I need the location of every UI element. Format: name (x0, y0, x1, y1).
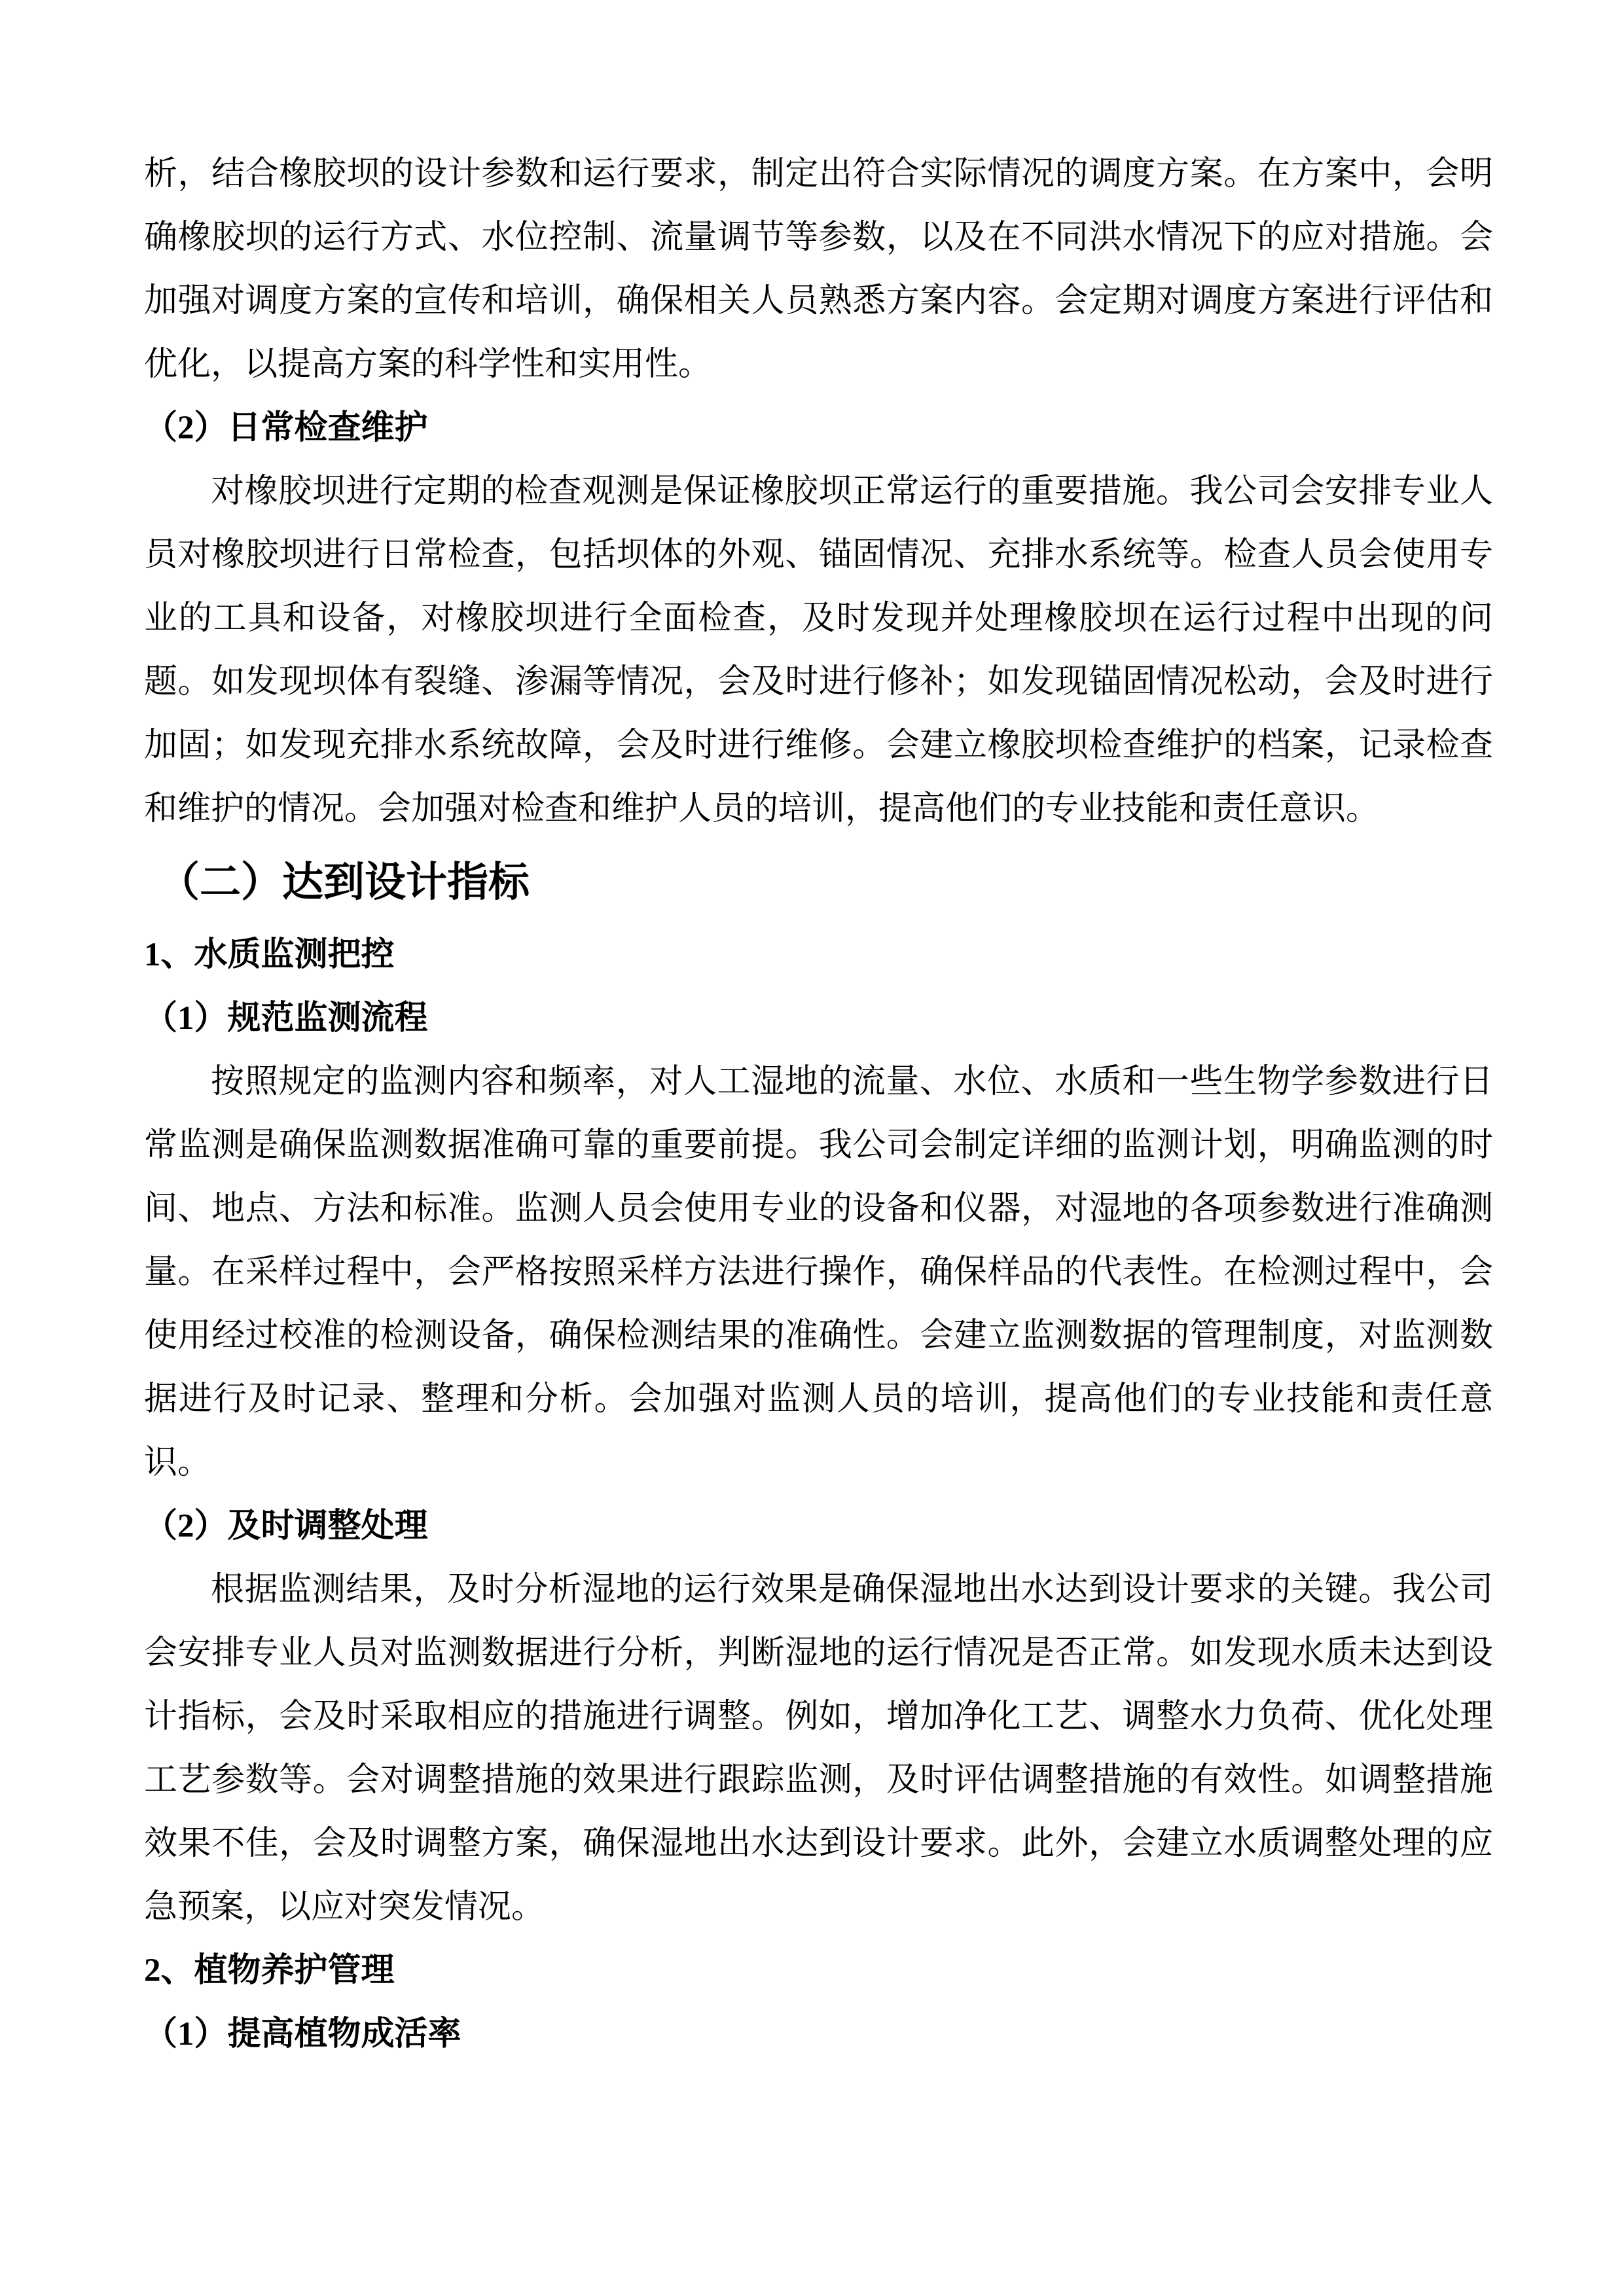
paragraph-monitoring-process: 按照规定的监测内容和频率，对人工湿地的流量、水位、水质和一些生物学参数进行日常监… (144, 1050, 1493, 1495)
paragraph-timely-adjustment: 根据监测结果，及时分析湿地的运行效果是确保湿地出水达到设计要求的关键。我公司会安… (144, 1558, 1493, 1939)
paragraph-daily-inspection: 对橡胶坝进行定期的检查观测是保证橡胶坝正常运行的重要措施。我公司会安排专业人员对… (144, 460, 1493, 841)
document-content: 析，结合橡胶坝的设计参数和运行要求，制定出符合实际情况的调度方案。在方案中，会明… (144, 143, 1493, 2066)
heading-reach-design-indicators: （二）达到设计指标 (144, 841, 1493, 924)
heading-water-quality-monitoring-control: 1、水质监测把控 (144, 924, 1493, 987)
paragraph-dispatch-plan-continuation: 析，结合橡胶坝的设计参数和运行要求，制定出符合实际情况的调度方案。在方案中，会明… (144, 143, 1493, 397)
heading-standardize-monitoring-process: （1）规范监测流程 (144, 987, 1493, 1050)
heading-timely-adjustment-handling: （2）及时调整处理 (144, 1495, 1493, 1558)
document-page: 析，结合橡胶坝的设计参数和运行要求，制定出符合实际情况的调度方案。在方案中，会明… (0, 0, 1624, 2296)
heading-daily-inspection-maintenance: （2）日常检查维护 (144, 397, 1493, 460)
heading-improve-plant-survival-rate: （1）提高植物成活率 (144, 2003, 1493, 2066)
heading-plant-maintenance-management: 2、植物养护管理 (144, 1939, 1493, 2003)
